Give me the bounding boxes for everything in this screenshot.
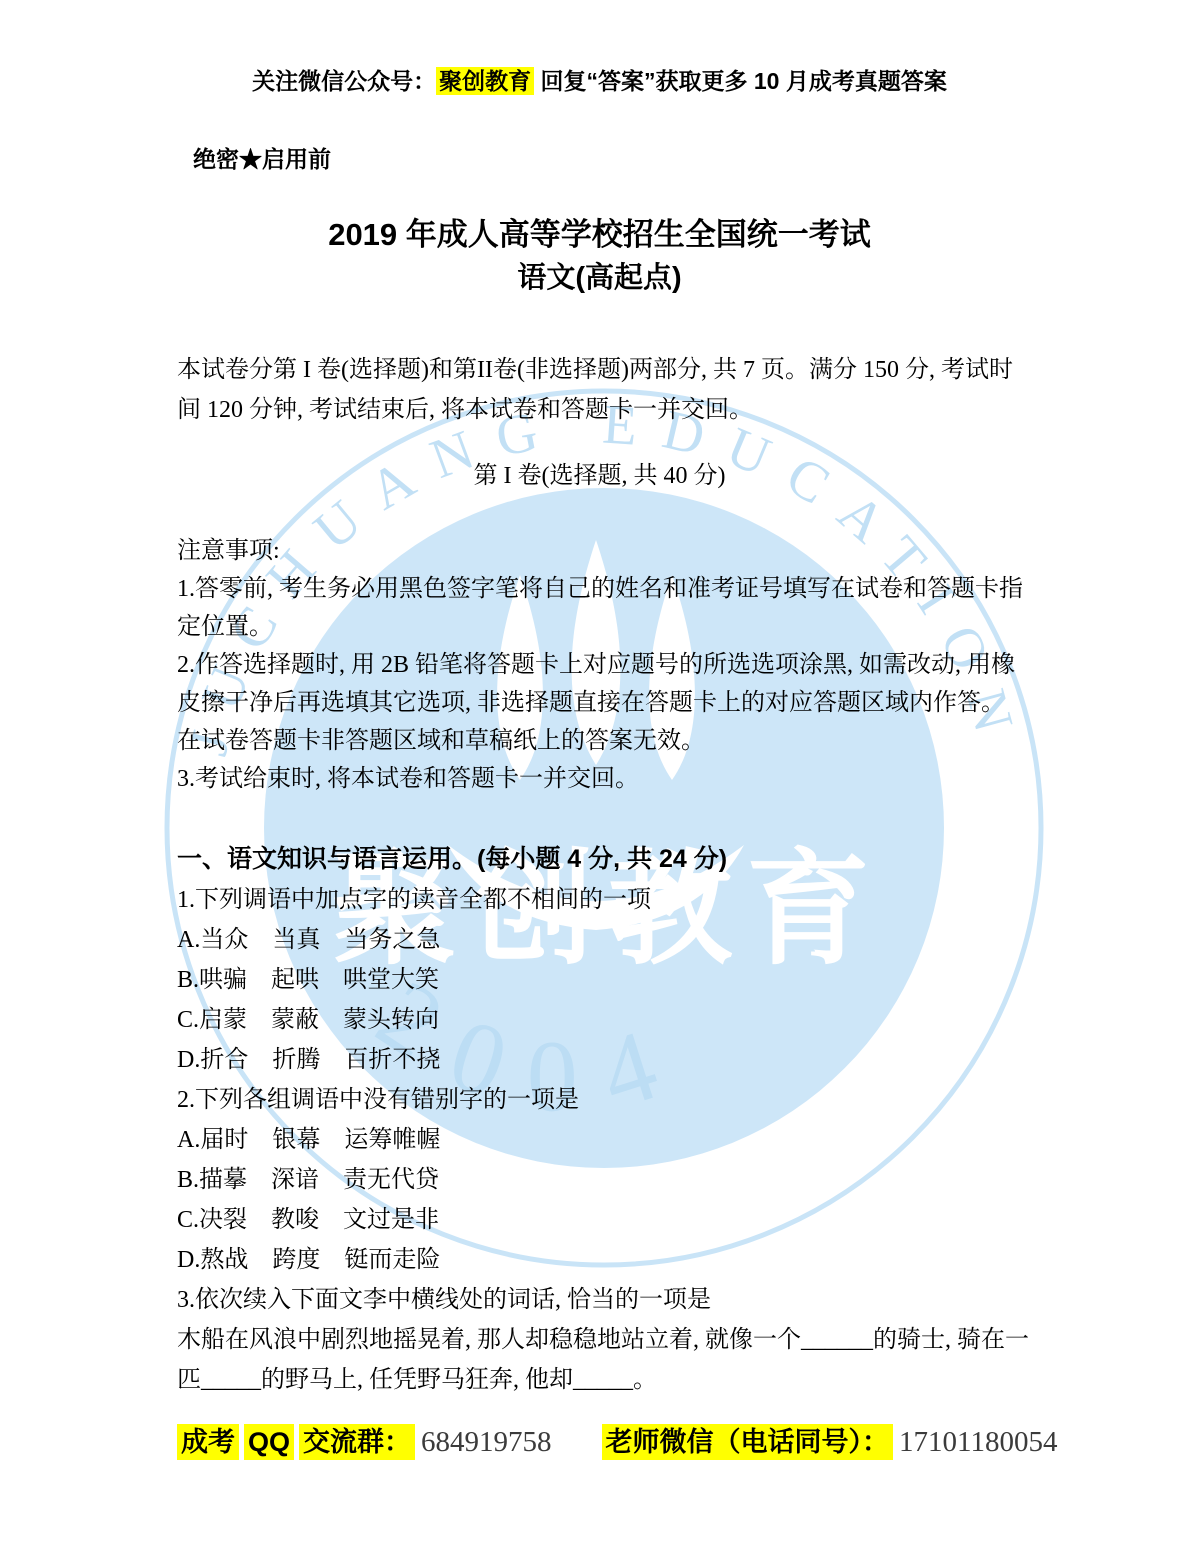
questions-block: 1.下列调语中加点字的读音全都不相间的一项 A.当众 当真 当务之急 B.哄骗 … (177, 880, 1022, 1400)
question-1-stem: 1.下列调语中加点字的读音全都不相间的一项 (177, 880, 1022, 920)
intro-line: 本试卷分第 I 卷(选择题)和第II卷(非选择题)两部分, 共 7 页。满分 1… (177, 350, 1022, 390)
header-notice-suffix: 回复“答案”获取更多 10 月成考真题答案 (541, 68, 947, 94)
question-3-passage-line: 匹_____的野马上, 任凭野马狂奔, 他却_____。 (177, 1360, 1022, 1400)
footer-qq-label-1: 成考 (177, 1424, 239, 1460)
exam-subtitle: 语文(高起点) (177, 258, 1022, 298)
notes-title: 注意事项: (177, 532, 1022, 570)
part-one-heading: 第 I 卷(选择题, 共 40 分) (177, 456, 1022, 496)
header-notice-prefix: 关注微信公众号： (252, 68, 436, 94)
note-line: 3.考试给束时, 将本试卷和答题卡一并交回。 (177, 760, 1022, 798)
question-2-option-c: C.决裂 教唆 文过是非 (177, 1200, 1022, 1240)
note-line: 在试卷答题卡非答题区域和草稿纸上的答案无效。 (177, 722, 1022, 760)
note-line: 2.作答选择题时, 用 2B 铅笔将答题卡上对应题号的所选选项涂黑, 如需改动,… (177, 646, 1022, 684)
footer-qq-number: 684919758 (421, 1426, 552, 1458)
footer-qq-label-2: QQ (244, 1424, 294, 1460)
footer-wechat-number: 17101180054 (899, 1426, 1057, 1458)
exam-paper-page: JUCHUANG EDUCATION 2004 聚创教育 关注微信公众号：聚创教… (0, 0, 1199, 1551)
question-3-stem: 3.依次续入下面文李中横线处的词话, 恰当的一项是 (177, 1280, 1022, 1320)
section-one-heading: 一、语文知识与语言运用。(每小题 4 分, 共 24 分) (177, 838, 1022, 880)
intro-line: 间 120 分钟, 考试结束后, 将本试卷和答题卡一并交回。 (177, 390, 1022, 430)
question-2-option-d: D.熬战 跨度 铤而走险 (177, 1240, 1022, 1280)
note-line: 定位置。 (177, 608, 1022, 646)
secret-label: 绝密★启用前 (193, 144, 1022, 174)
header-notice-highlight: 聚创教育 (436, 67, 534, 95)
header-notice: 关注微信公众号：聚创教育 回复“答案”获取更多 10 月成考真题答案 (177, 66, 1022, 96)
intro-paragraph: 本试卷分第 I 卷(选择题)和第II卷(非选择题)两部分, 共 7 页。满分 1… (177, 350, 1022, 430)
question-1-option-a: A.当众 当真 当务之急 (177, 920, 1022, 960)
question-2-stem: 2.下列各组调语中没有错别字的一项是 (177, 1080, 1022, 1120)
note-line: 皮擦干净后再选填其它选项, 非选择题直接在答题卡上的对应答题区域内作答。 (177, 684, 1022, 722)
footer-wechat-label: 老师微信（电话同号）： (602, 1424, 894, 1460)
question-1-option-b: B.哄骗 起哄 哄堂大笑 (177, 960, 1022, 1000)
question-1-option-d: D.折合 折腾 百折不挠 (177, 1040, 1022, 1080)
question-3-passage-line: 木船在风浪中剧烈地摇晃着, 那人却稳稳地站立着, 就像一个______的骑士, … (177, 1320, 1022, 1360)
exam-title: 2019 年成人高等学校招生全国统一考试 (177, 214, 1022, 256)
question-2-option-b: B.描摹 深谙 责无代贷 (177, 1160, 1022, 1200)
question-1-option-c: C.启蒙 蒙蔽 蒙头转向 (177, 1000, 1022, 1040)
notes-block: 1.答零前, 考生务必用黑色签字笔将自己的姓名和准考证号填写在试卷和答题卡指 定… (177, 570, 1022, 798)
note-line: 1.答零前, 考生务必用黑色签字笔将自己的姓名和准考证号填写在试卷和答题卡指 (177, 570, 1022, 608)
footer-qq-label-3: 交流群： (299, 1424, 415, 1460)
question-2-option-a: A.届时 银幕 运筹帷幄 (177, 1120, 1022, 1160)
page-content: 关注微信公众号：聚创教育 回复“答案”获取更多 10 月成考真题答案 绝密★启用… (0, 0, 1199, 1462)
footer-contact-bar: 成考QQ交流群：684919758老师微信（电话同号）：17101180054 (177, 1422, 1022, 1462)
